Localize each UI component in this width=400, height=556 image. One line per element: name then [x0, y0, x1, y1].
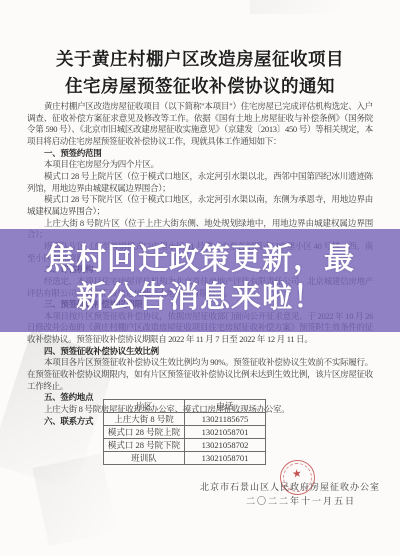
- zone-moshikou-upper: 模式口 28 号上院片区（位于模式口地区，永定河引水渠以北，西邻中国第四纪冰川遗…: [27, 171, 373, 194]
- phone-cell: 13021058701: [185, 426, 266, 439]
- table-header-row: 片区 电话: [104, 400, 266, 413]
- table-row: 模式口 28 号院下院 13021058702: [104, 439, 266, 452]
- notice-document: 关于黄庄村棚户区改造房屋征收项目 住宅房屋预签征收补偿协议的通知 黄庄村棚户区改…: [0, 0, 400, 556]
- title-line-2: 住宅房屋预签征收补偿协议的通知: [0, 73, 400, 100]
- table-row: 班训队 13021058701: [104, 452, 266, 465]
- district-cell: 上庄大街 8 号院: [104, 413, 185, 426]
- section-1-paragraph: 本项目住宅房屋分为四个片区。: [27, 159, 373, 171]
- phone-cell: 13021058702: [185, 439, 266, 452]
- district-cell: 模式口 28 号院上院: [104, 426, 185, 439]
- phone-cell: 13021058701: [185, 452, 266, 465]
- table-row: 上庄大街 8 号院 13021185675: [104, 413, 266, 426]
- promo-text-line-1: 焦村回迁政策更新，最: [0, 243, 400, 277]
- district-cell: 班训队: [104, 452, 185, 465]
- scan-smudge: [250, 0, 340, 14]
- section-1-heading: 一、预签约范围: [27, 148, 373, 160]
- intro-paragraph: 黄庄村棚户区改造房屋征收项目（以下简称"本项目"）住宅房屋已完成评估机构选定、入…: [27, 101, 373, 148]
- title-line-1: 关于黄庄村棚户区改造房屋征收项目: [0, 46, 400, 73]
- page-title: 关于黄庄村棚户区改造房屋征收项目 住宅房屋预签征收补偿协议的通知: [0, 46, 400, 100]
- phone-cell: 13021185675: [185, 413, 266, 426]
- zone-moshikou-lower: 模式口 28 号下院片区（位于模式口地区，永定河引水渠以南，东侧为承恩寺，用地边…: [27, 194, 373, 217]
- scan-smudge: [32, 454, 117, 547]
- section-4-heading: 四、预签征收补偿协议生效比例: [27, 346, 373, 358]
- issue-date: 二〇二二年十一月五日: [246, 494, 356, 507]
- issuer-name: 北京市石景山区人民政府房屋征收办公室: [200, 480, 380, 493]
- table-row: 模式口 28 号院上院 13021058701: [104, 426, 266, 439]
- section-4-paragraph: 本项目各片区预签征收补偿协议生效比例均为 90%。预签征收补偿协议生效前不实际履…: [27, 357, 373, 392]
- table-header-phone: 电话: [185, 400, 266, 413]
- district-cell: 模式口 28 号院下院: [104, 439, 185, 452]
- table-header-district: 片区: [104, 400, 185, 413]
- contact-table: 片区 电话 上庄大街 8 号院 13021185675 模式口 28 号院上院 …: [103, 399, 266, 465]
- promo-text-line-2: 新公告消息来啦！: [0, 281, 400, 315]
